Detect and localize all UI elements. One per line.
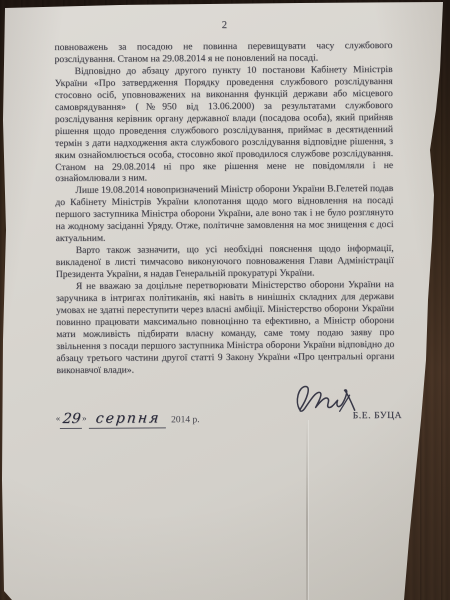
page-content: 2 повноважень за посадою не повинна пере… (0, 0, 450, 600)
signatory-name: Б.Е. БУЦА (353, 411, 402, 421)
paragraph: Варто також зазначити, що усі необхідні … (56, 243, 394, 281)
signature-icon (291, 377, 357, 423)
paragraph: Відповідно до абзацу другого пункту 10 п… (55, 64, 394, 186)
date-line: «29»серпня2014 р. (56, 409, 200, 429)
date-month-handwritten: серпня (89, 410, 167, 428)
photo-of-document: 2 повноважень за посадою не повинна пере… (0, 0, 450, 600)
paragraph: Лише 19.08.2014 новопризначений Міністр … (55, 183, 393, 245)
date-day-handwritten: 29 (59, 411, 83, 429)
paragraph: повноважень за посадою не повинна переви… (54, 40, 392, 66)
page-number: 2 (55, 19, 393, 32)
document-body: повноважень за посадою не повинна переви… (54, 40, 394, 377)
date-year: 2014 р. (171, 415, 200, 425)
paragraph: Я не вважаю за доцільне перетворювати Мі… (56, 279, 395, 377)
